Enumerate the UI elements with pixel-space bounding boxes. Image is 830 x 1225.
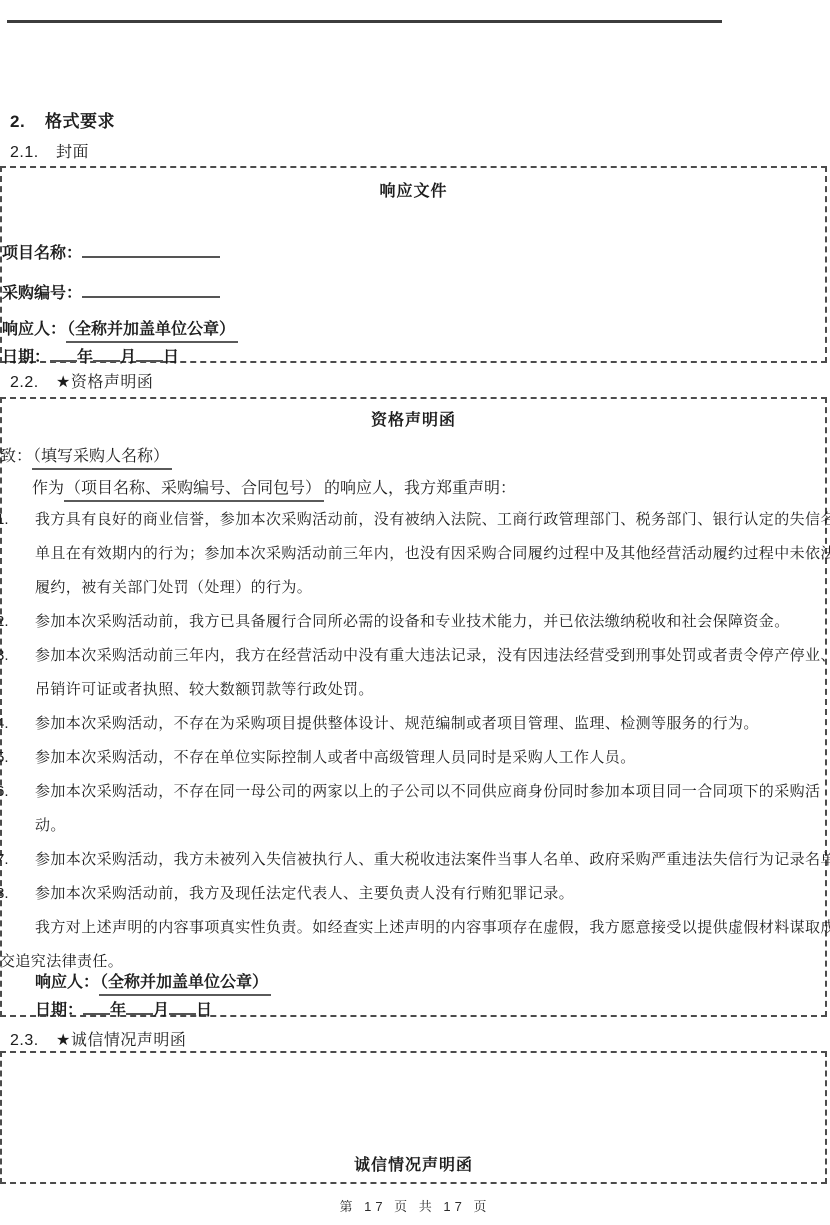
month-label: 月: [120, 349, 136, 366]
item-text: 参加本次采购活动前三年内，我方在经营活动中没有重大违法记录，没有因违法经营受到刑…: [35, 647, 830, 664]
item-text: 参加本次采购活动，不存在单位实际控制人或者中高级管理人员同时是采购人工作人员。: [35, 749, 636, 766]
date-label: 日期：: [35, 1002, 83, 1019]
intro-suffix: 的响应人，我方郑重声明：: [324, 480, 516, 497]
item-text: 吊销许可证或者执照、较大数额罚款等行政处罚。: [35, 681, 374, 698]
blank-line: [126, 1000, 153, 1015]
integrity-letter-box: 诚信情况声明函: [0, 1051, 827, 1184]
qualification-letter-box: 资格声明函 致：（填写采购人名称） 作为（项目名称、采购编号、合同包号）的响应人…: [0, 397, 827, 1017]
subsection-number: 2.3.: [10, 1032, 56, 1050]
item-text: 参加本次采购活动，我方未被列入失信被执行人、重大税收违法案件当事人名单、政府采购…: [35, 851, 830, 868]
respondent-value: （全称并加盖单位公章）: [99, 974, 271, 996]
header-rule: [7, 20, 722, 23]
item-text: 参加本次采购活动前，我方及现任法定代表人、主要负责人没有行贿犯罪记录。: [35, 885, 574, 902]
item-text: 动。: [35, 817, 66, 834]
respondent-signature-line: 响应人：（全称并加盖单位公章）: [35, 969, 271, 992]
list-item-continuation: 履约，被有关部门处罚（处理）的行为。: [2, 571, 830, 605]
list-item-continuation: 单且在有效期内的行为；参加本次采购活动前三年内，也没有因采购合同履约过程中及其他…: [2, 537, 830, 571]
item-number: 6.: [0, 775, 26, 809]
closing-text: 交追究法律责任。: [0, 953, 123, 970]
blank-line: [82, 243, 220, 258]
subsection-label: 封面: [56, 144, 89, 161]
item-text: 我方具有良好的商业信誉，参加本次采购活动前，没有被纳入法院、工商行政管理部门、税…: [35, 511, 830, 528]
blank-line: [82, 283, 220, 298]
date-label: 日期：: [2, 349, 50, 366]
declaration-list: 1.我方具有良好的商业信誉，参加本次采购活动前，没有被纳入法院、工商行政管理部门…: [2, 503, 830, 979]
item-text: 参加本次采购活动，不存在为采购项目提供整体设计、规范编制或者项目管理、监理、检测…: [35, 715, 759, 732]
item-number: 4.: [0, 707, 26, 741]
blank-line: [83, 1000, 110, 1015]
item-text: 参加本次采购活动前，我方已具备履行合同所必需的设备和专业技术能力，并已依法缴纳税…: [35, 613, 790, 630]
closing-text: 我方对上述声明的内容事项真实性负责。如经查实上述声明的内容事项存在虚假，我方愿意…: [35, 919, 830, 936]
section-label: 格式要求: [45, 112, 115, 131]
subsection-heading-qualification-letter: 2.2.★资格声明函: [10, 369, 153, 392]
respondent-field: 响应人：（全称并加盖单位公章）: [2, 316, 238, 339]
respondent-label: 响应人：: [2, 321, 66, 338]
subsection-label: ★资格声明函: [56, 374, 153, 391]
subsection-heading-cover: 2.1.封面: [10, 139, 89, 162]
list-item: 6.参加本次采购活动，不存在同一母公司的两家以上的子公司以不同供应商身份同时参加…: [2, 775, 830, 809]
section-number: 2.: [10, 112, 45, 132]
blank-line: [93, 347, 120, 362]
list-item: 7.参加本次采购活动，我方未被列入失信被执行人、重大税收违法案件当事人名单、政府…: [2, 843, 830, 877]
item-text: 履约，被有关部门处罚（处理）的行为。: [35, 579, 312, 596]
year-label: 年: [110, 1002, 126, 1019]
item-number: 7.: [0, 843, 26, 877]
intro-prefix: 作为: [32, 480, 64, 497]
salutation-line: 致：（填写采购人名称）: [0, 443, 172, 466]
list-item: 2.参加本次采购活动前，我方已具备履行合同所必需的设备和专业技术能力，并已依法缴…: [2, 605, 830, 639]
year-label: 年: [77, 349, 93, 366]
qualification-title: 资格声明函: [2, 407, 825, 430]
project-name-field: 项目名称：: [2, 240, 220, 263]
item-text: 参加本次采购活动，不存在同一母公司的两家以上的子公司以不同供应商身份同时参加本项…: [35, 783, 820, 800]
closing-paragraph-line: 我方对上述声明的内容事项真实性负责。如经查实上述声明的内容事项存在虚假，我方愿意…: [2, 911, 830, 945]
item-number: 8.: [0, 877, 26, 911]
cover-template-box: 响应文件 项目名称： 采购编号： 响应人：（全称并加盖单位公章） 日期：年月日: [0, 166, 827, 363]
blank-line: [169, 1000, 196, 1015]
salutation-label: 致：: [0, 448, 32, 465]
list-item: 3.参加本次采购活动前三年内，我方在经营活动中没有重大违法记录，没有因违法经营受…: [2, 639, 830, 673]
item-number: 3.: [0, 639, 26, 673]
item-number: 2.: [0, 605, 26, 639]
respondent-label: 响应人：: [35, 974, 99, 991]
blank-line: [50, 347, 77, 362]
salutation-value: （填写采购人名称）: [32, 448, 172, 470]
list-item-continuation: 吊销许可证或者执照、较大数额罚款等行政处罚。: [2, 673, 830, 707]
list-item: 4.参加本次采购活动，不存在为采购项目提供整体设计、规范编制或者项目管理、监理、…: [2, 707, 830, 741]
item-number: 1.: [0, 503, 26, 537]
document-page: 2.格式要求 2.1.封面 响应文件 项目名称： 采购编号： 响应人：（全称并加…: [0, 0, 830, 1225]
blank-line: [136, 347, 163, 362]
respondent-value: （全称并加盖单位公章）: [66, 321, 238, 343]
subsection-number: 2.2.: [10, 374, 56, 392]
integrity-title: 诚信情况声明函: [2, 1152, 825, 1175]
item-number: 5.: [0, 741, 26, 775]
project-name-label: 项目名称：: [2, 245, 82, 262]
day-label: 日: [196, 1002, 212, 1019]
date-field: 日期：年月日: [2, 344, 179, 367]
item-text: 单且在有效期内的行为；参加本次采购活动前三年内，也没有因采购合同履约过程中及其他…: [35, 545, 830, 562]
procurement-number-label: 采购编号：: [2, 285, 82, 302]
intro-underlined: （项目名称、采购编号、合同包号）: [64, 480, 324, 502]
section-heading-format-requirements: 2.格式要求: [10, 107, 115, 132]
list-item-continuation: 动。: [2, 809, 830, 843]
subsection-label: ★诚信情况声明函: [56, 1032, 186, 1049]
list-item: 5.参加本次采购活动，不存在单位实际控制人或者中高级管理人员同时是采购人工作人员…: [2, 741, 830, 775]
list-item: 8.参加本次采购活动前，我方及现任法定代表人、主要负责人没有行贿犯罪记录。: [2, 877, 830, 911]
cover-title: 响应文件: [2, 178, 825, 201]
day-label: 日: [163, 349, 179, 366]
intro-line: 作为（项目名称、采购编号、合同包号）的响应人，我方郑重声明：: [32, 475, 516, 498]
subsection-heading-integrity-letter: 2.3.★诚信情况声明函: [10, 1027, 186, 1050]
procurement-number-field: 采购编号：: [2, 280, 220, 303]
page-footer: 第 17 页 共 17 页: [0, 1196, 830, 1215]
date-signature-line: 日期：年月日: [35, 997, 212, 1020]
month-label: 月: [153, 1002, 169, 1019]
list-item: 1.我方具有良好的商业信誉，参加本次采购活动前，没有被纳入法院、工商行政管理部门…: [2, 503, 830, 537]
subsection-number: 2.1.: [10, 144, 56, 162]
